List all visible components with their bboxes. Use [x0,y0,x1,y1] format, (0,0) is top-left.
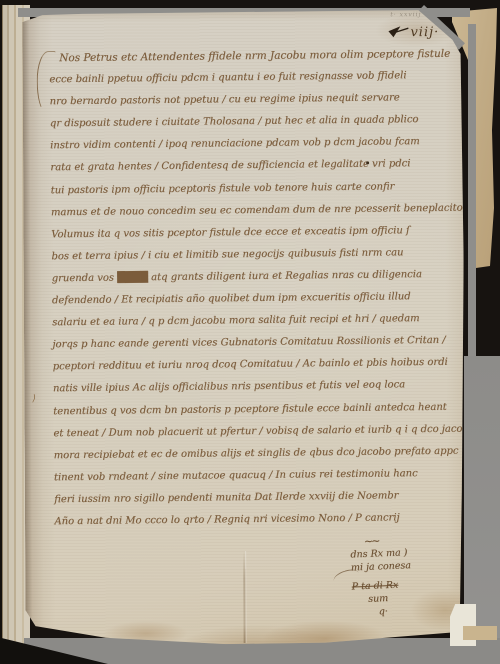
flourish-note: q· [352,604,412,619]
folio-number-block: viij· [388,23,439,42]
text-line: tinent vob rndeant / sine mutacoe quacuq… [54,462,462,489]
text-line: Año a nat dni Mo ccco lo qrto / Regniq n… [54,507,462,534]
manuscript-page: t· xxviij viij· Nos Petrus etc Attendent… [22,10,473,649]
vertical-fold-crease [243,551,245,643]
folio-number: viij· [410,25,439,40]
ink-blot-dot [366,161,369,164]
paraph-flag-icon [388,23,408,42]
torn-edge-tan-patch [463,626,497,640]
mandate-note-line2: mi ja conesa [351,559,411,574]
faint-top-inscription: t· xxviij [390,11,421,18]
manuscript-text-block: Nos Petrus etc Attendentes ffidele nrm J… [49,43,462,534]
manuscript-photo: { "colors": { "background": "#171310", "… [0,0,500,664]
mount-board-right-upper [468,24,476,360]
text-line: rata et grata hentes / Confidentesq de s… [50,153,458,180]
left-margin-mark: ⟩ [32,394,36,404]
chancery-notes: ∼∼ dns Rx ma ) mi ja conesa P ta di Rx s… [350,533,413,619]
